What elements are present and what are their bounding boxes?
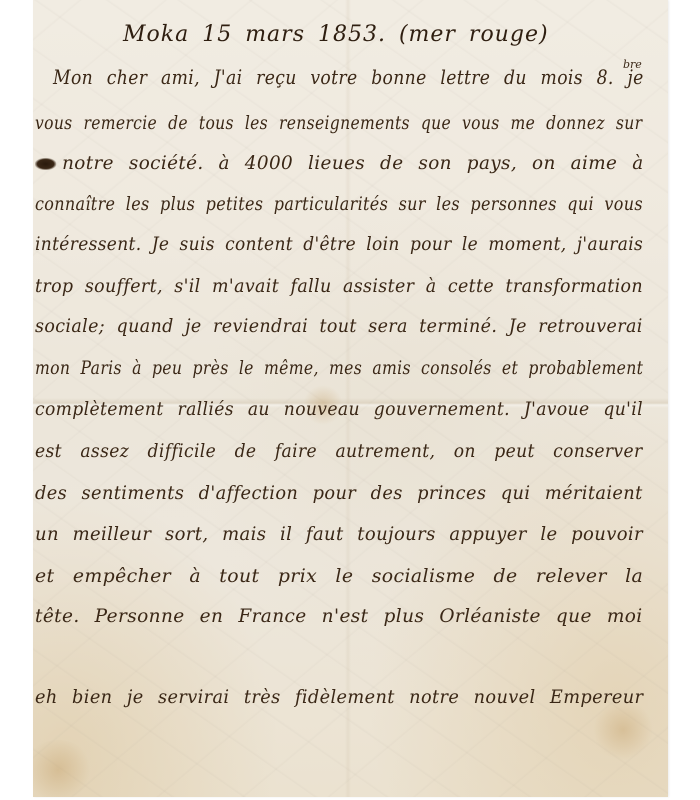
letter-line-9: complètement ralliés au nouveau gouverne… (35, 398, 643, 420)
letter-line-2: vous remercie de tous les renseignements… (35, 112, 642, 134)
letter-line-1-salutation: Mon cher ami, J'ai reçu votre bonne lett… (53, 66, 644, 89)
superscript-bre: bre (623, 58, 642, 71)
letter-line-3: notre société. à 4000 lieues de son pays… (35, 152, 644, 174)
letter-line-13: et empêcher à tout prix le socialisme de… (35, 565, 643, 587)
letter-line-3-text: notre société. à 4000 lieues de son pays… (62, 152, 643, 174)
letter-line-15: eh bien je servirai très fidèlement notr… (35, 686, 643, 708)
ink-blot (35, 158, 56, 170)
letter-line-6: trop souffert, s'il m'avait fallu assist… (35, 275, 643, 297)
foxing-stain (33, 740, 93, 797)
letter-line-11: des sentiments d'affection pour des prin… (35, 482, 643, 504)
letter-heading-place-date: Moka 15 mars 1853. (mer rouge) (123, 22, 549, 47)
letter-page: Moka 15 mars 1853. (mer rouge) Mon cher … (33, 0, 668, 797)
letter-line-4: connaître les plus petites particularité… (35, 193, 643, 215)
letter-line-10: est assez difficile de faire autrement, … (35, 440, 643, 462)
letter-line-12: un meilleur sort, mais il faut toujours … (35, 523, 643, 545)
foxing-stain (593, 700, 653, 760)
letter-line-7: sociale; quand je reviendrai tout sera t… (35, 315, 643, 337)
letter-line-14: tête. Personne en France n'est plus Orlé… (35, 605, 643, 627)
letter-line-8: mon Paris à peu près le même, mes amis c… (35, 357, 643, 379)
document-viewer: Moka 15 mars 1853. (mer rouge) Mon cher … (0, 0, 700, 800)
letter-line-5: intéressent. Je suis content d'être loin… (35, 233, 643, 255)
